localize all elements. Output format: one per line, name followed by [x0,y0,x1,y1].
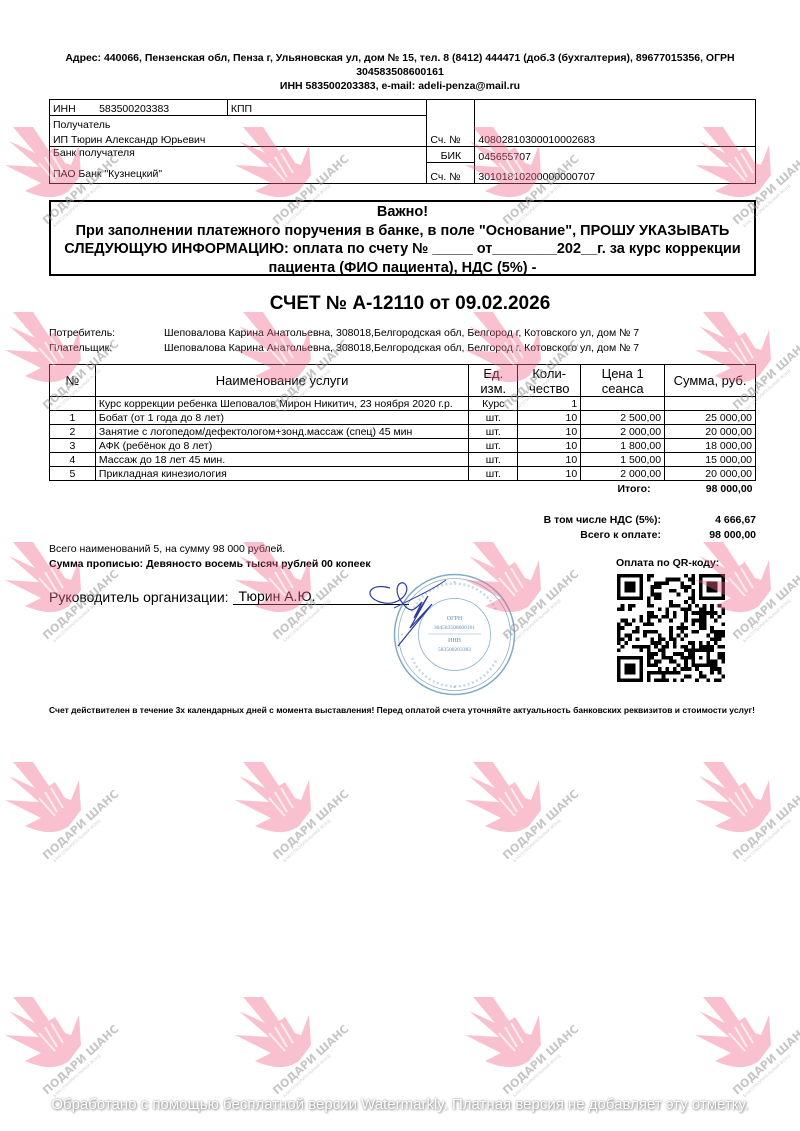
bank-cell: Банк получателя ПАО Банк "Кузнецкий" [50,147,427,184]
svg-text:БЛАГОТВОРИТЕЛЬНЫЙ ФОНД: БЛАГОТВОРИТЕЛЬНЫЙ ФОНД [742,1053,791,1098]
inn-cell: ИНН 583500203383 [50,100,228,116]
svg-text:ПОДАРИ ШАНС: ПОДАРИ ШАНС [270,1022,351,1097]
col-num: № [50,365,96,397]
cell-num: 2 [50,425,96,439]
svg-text:ПОДАРИ ШАНС: ПОДАРИ ШАНС [730,1022,800,1097]
svg-text:ПОДАРИ ШАНС: ПОДАРИ ШАНС [40,787,121,862]
due-label: Всего к оплате: [580,528,661,543]
kpp-cell: КПП [227,100,427,116]
svg-text:ПОДАРИ ШАНС: ПОДАРИ ШАНС [40,1022,121,1097]
svg-text:БЛАГОТВОРИТЕЛЬНЫЙ ФОНД: БЛАГОТВОРИТЕЛЬНЫЙ ФОНД [512,1053,561,1098]
svg-text:БЛАГОТВОРИТЕЛЬНЫЙ ФОНД: БЛАГОТВОРИТЕЛЬНЫЙ ФОНД [282,818,331,863]
cell-name: Массаж до 18 лет 45 мин. [95,453,468,467]
course-row: Курс коррекции ребенка Шеповалов Мирон Н… [50,397,756,411]
cell-name: Бобат (от 1 года до 8 лет) [95,411,468,425]
bank-label: Банк получателя [53,147,423,168]
svg-text:БЛАГОТВОРИТЕЛЬНЫЙ ФОНД: БЛАГОТВОРИТЕЛЬНЫЙ ФОНД [512,818,561,863]
due-row: Всего к оплате: 98 000,00 [470,528,756,543]
svg-text:БЛАГОТВОРИТЕЛЬНЫЙ ФОНД: БЛАГОТВОРИТЕЛЬНЫЙ ФОНД [742,818,791,863]
parties: Потребитель: Шеповалова Карина Анатольев… [49,326,639,356]
watermark-hand-logo: ПОДАРИ ШАНС БЛАГОТВОРИТЕЛЬНЫЙ ФОНД [225,740,355,870]
hand-icon: ПОДАРИ ШАНС БЛАГОТВОРИТЕЛЬНЫЙ ФОНД [685,740,800,870]
cell-sum: 15 000,00 [665,453,756,467]
recipient-label: Получатель [50,116,427,132]
watermark-hand-logo: ПОДАРИ ШАНС БЛАГОТВОРИТЕЛЬНЫЙ ФОНД [0,740,125,870]
watermark-hand-logo: ПОДАРИ ШАНС БЛАГОТВОРИТЕЛЬНЫЙ ФОНД [225,520,355,650]
cell-qty: 10 [518,453,581,467]
cell-num: 5 [50,467,96,481]
hand-icon: ПОДАРИ ШАНС БЛАГОТВОРИТЕЛЬНЫЙ ФОНД [0,520,125,650]
svg-text:БЛАГОТВОРИТЕЛЬНЫЙ ФОНД: БЛАГОТВОРИТЕЛЬНЫЙ ФОНД [512,598,561,643]
table-row: 2Занятие с логопедом/дефектологом+зонд.м… [50,425,756,439]
cell-name: Занятие с логопедом/дефектологом+зонд.ма… [95,425,468,439]
notice-line: СЛЕДУЮЩУЮ ИНФОРМАЦИЮ: оплата по счету № … [51,240,754,259]
watermark-hand-logo: ПОДАРИ ШАНС БЛАГОТВОРИТЕЛЬНЫЙ ФОНД [225,975,355,1105]
svg-text:БЛАГОТВОРИТЕЛЬНЫЙ ФОНД: БЛАГОТВОРИТЕЛЬНЫЙ ФОНД [742,598,791,643]
cell-qty: 1 [518,397,581,411]
hand-icon: ПОДАРИ ШАНС БЛАГОТВОРИТЕЛЬНЫЙ ФОНД [455,740,585,870]
notice-line: При заполнении платежного поручения в ба… [51,222,754,241]
vat-row: В том числе НДС (5%): 4 666,67 [470,513,756,528]
cell-num: 3 [50,439,96,453]
svg-text:ПОДАРИ ШАНС: ПОДАРИ ШАНС [730,787,800,862]
account-value: 40802810300010002683 [475,100,756,147]
col-unit: Ед.изм. [469,365,518,397]
qr-label: Оплата по QR-коду: [616,557,719,569]
due-value: 98 000,00 [661,528,756,543]
cell-name: Курс коррекции ребенка Шеповалов Мирон Н… [95,397,468,411]
cell-num: 1 [50,411,96,425]
cell-qty: 10 [518,439,581,453]
col-price: Цена 1сеанса [581,365,665,397]
payer-row: Плательщик: Шеповалова Карина Анатольевн… [49,341,639,356]
validity-notice: Счет действителен в течение 3х календарн… [49,704,759,716]
corr-account-value: 30101810200000000707 [475,163,756,184]
signature-icon [350,578,460,648]
amount-summary: Всего наименований 5, на сумму 98 000 ру… [49,542,371,572]
bank-value: ПАО Банк "Кузнецкий" [53,168,423,180]
bik-value: 045655707 [475,147,756,163]
svg-text:ПОДАРИ ШАНС: ПОДАРИ ШАНС [500,787,581,862]
svg-text:ПОДАРИ ШАНС: ПОДАРИ ШАНС [270,787,351,862]
vat-label: В том числе НДС (5%): [544,513,661,528]
hand-icon: ПОДАРИ ШАНС БЛАГОТВОРИТЕЛЬНЫЙ ФОНД [225,975,355,1105]
hand-icon: ПОДАРИ ШАНС БЛАГОТВОРИТЕЛЬНЫЙ ФОНД [455,975,585,1105]
cell-unit: Курс [469,397,518,411]
watermark-hand-logo: ПОДАРИ ШАНС БЛАГОТВОРИТЕЛЬНЫЙ ФОНД [0,520,125,650]
qr-code-icon [617,574,725,682]
items-count-line: Всего наименований 5, на сумму 98 000 ру… [49,542,371,557]
cell-qty: 10 [518,411,581,425]
handwritten-signature [350,578,460,648]
cell-unit: шт. [469,411,518,425]
notice-title: Важно! [51,203,754,222]
vat-value: 4 666,67 [661,513,756,528]
company-address: Адрес: 440066, Пензенская обл, Пенза г, … [40,51,760,93]
ogrn-line: 304583508600161 [40,65,760,79]
notice-line: пациента (ФИО пациента), НДС (5%) - [51,259,754,278]
cell-unit: шт. [469,467,518,481]
cell-unit: шт. [469,453,518,467]
hand-icon: ПОДАРИ ШАНС БЛАГОТВОРИТЕЛЬНЫЙ ФОНД [685,975,800,1105]
bank-requisites-table: ИНН 583500203383 КПП Сч. № 4080281030001… [49,99,756,184]
cell-sum [665,397,756,411]
cell-qty: 10 [518,467,581,481]
inn-label: ИНН [53,103,76,115]
invoice-title: СЧЕТ № А-12110 от 09.02.2026 [0,293,800,315]
cell-sum: 20 000,00 [665,425,756,439]
important-notice: Важно! При заполнении платежного поручен… [49,200,756,276]
watermark-hand-logo: ПОДАРИ ШАНС БЛАГОТВОРИТЕЛЬНЫЙ ФОНД [685,740,800,870]
table-header-row: № Наименование услуги Ед.изм. Коли-честв… [50,365,756,397]
cell-price: 1 800,00 [581,439,665,453]
cell-price: 2 000,00 [581,425,665,439]
amount-in-words: Сумма прописью: Девяносто восемь тысяч р… [49,557,371,572]
cell-num: 4 [50,453,96,467]
cell-num [50,397,96,411]
total-value: 98 000,00 [665,481,756,498]
svg-text:ПОДАРИ ШАНС: ПОДАРИ ШАНС [500,1022,581,1097]
cell-unit: шт. [469,425,518,439]
svg-text:БЛАГОТВОРИТЕЛЬНЫЙ ФОНД: БЛАГОТВОРИТЕЛЬНЫЙ ФОНД [282,1053,331,1098]
kpp-label: КПП [231,103,252,115]
hand-icon: ПОДАРИ ШАНС БЛАГОТВОРИТЕЛЬНЫЙ ФОНД [225,740,355,870]
watermarkly-notice: Обработано с помощью бесплатной версии W… [0,1096,800,1113]
address-line: Адрес: 440066, Пензенская обл, Пенза г, … [40,51,760,65]
services-table: № Наименование услуги Ед.изм. Коли-честв… [49,364,756,497]
svg-text:БЛАГОТВОРИТЕЛЬНЫЙ ФОНД: БЛАГОТВОРИТЕЛЬНЫЙ ФОНД [52,1053,101,1098]
watermark-hand-logo: ПОДАРИ ШАНС БЛАГОТВОРИТЕЛЬНЫЙ ФОНД [455,740,585,870]
consumer-value: Шеповалова Карина Анатольевна, 308018,Бе… [164,326,639,341]
inn-value: 583500203383 [99,103,169,115]
watermark-hand-logo: ПОДАРИ ШАНС БЛАГОТВОРИТЕЛЬНЫЙ ФОНД [685,975,800,1105]
svg-text:БЛАГОТВОРИТЕЛЬНЫЙ ФОНД: БЛАГОТВОРИТЕЛЬНЫЙ ФОНД [52,818,101,863]
recipient-value: ИП Тюрин Александр Юрьевич [50,131,427,147]
cell-name: Прикладная кинезиология [95,467,468,481]
cell-price: 2 500,00 [581,411,665,425]
total-row: Итого: 98 000,00 [50,481,756,498]
svg-text:ПОДАРИ ШАНС: ПОДАРИ ШАНС [730,567,800,642]
table-row: 4Массаж до 18 лет 45 мин.шт.101 500,0015… [50,453,756,467]
payer-value: Шеповалова Карина Анатольевна, 308018,Бе… [164,341,639,356]
table-row: 5Прикладная кинезиологияшт.102 000,0020 … [50,467,756,481]
cell-price: 1 500,00 [581,453,665,467]
cell-qty: 10 [518,425,581,439]
cell-sum: 20 000,00 [665,467,756,481]
bik-label: БИК [427,147,475,163]
hand-icon: ПОДАРИ ШАНС БЛАГОТВОРИТЕЛЬНЫЙ ФОНД [0,740,125,870]
cell-price [581,397,665,411]
cell-sum: 18 000,00 [665,439,756,453]
cell-unit: шт. [469,439,518,453]
cell-name: АФК (ребёнок до 8 лет) [95,439,468,453]
corr-account-label: Сч. № [427,163,475,184]
watermark-hand-logo: ПОДАРИ ШАНС БЛАГОТВОРИТЕЛЬНЫЙ ФОНД [455,975,585,1105]
consumer-label: Потребитель: [49,326,164,341]
consumer-row: Потребитель: Шеповалова Карина Анатольев… [49,326,639,341]
cell-price: 2 000,00 [581,467,665,481]
director-label: Руководитель организации: [49,589,229,605]
payer-label: Плательщик: [49,341,164,356]
table-row: 1Бобат (от 1 года до 8 лет)шт.102 500,00… [50,411,756,425]
total-label: Итого: [50,481,665,498]
col-name: Наименование услуги [95,365,468,397]
cell-sum: 25 000,00 [665,411,756,425]
col-sum: Сумма, руб. [665,365,756,397]
table-row: 3АФК (ребёнок до 8 лет)шт.101 800,0018 0… [50,439,756,453]
inn-email-line: ИНН 583500203383, e-mail: adeli-penza@ma… [40,79,760,93]
account-label: Сч. № [427,100,475,147]
totals-block: В том числе НДС (5%): 4 666,67 Всего к о… [470,513,756,543]
payment-qr-code[interactable] [617,574,725,682]
col-qty: Коли-чество [518,365,581,397]
watermark-hand-logo: ПОДАРИ ШАНС БЛАГОТВОРИТЕЛЬНЫЙ ФОНД [0,975,125,1105]
hand-icon: ПОДАРИ ШАНС БЛАГОТВОРИТЕЛЬНЫЙ ФОНД [0,975,125,1105]
hand-icon: ПОДАРИ ШАНС БЛАГОТВОРИТЕЛЬНЫЙ ФОНД [225,520,355,650]
